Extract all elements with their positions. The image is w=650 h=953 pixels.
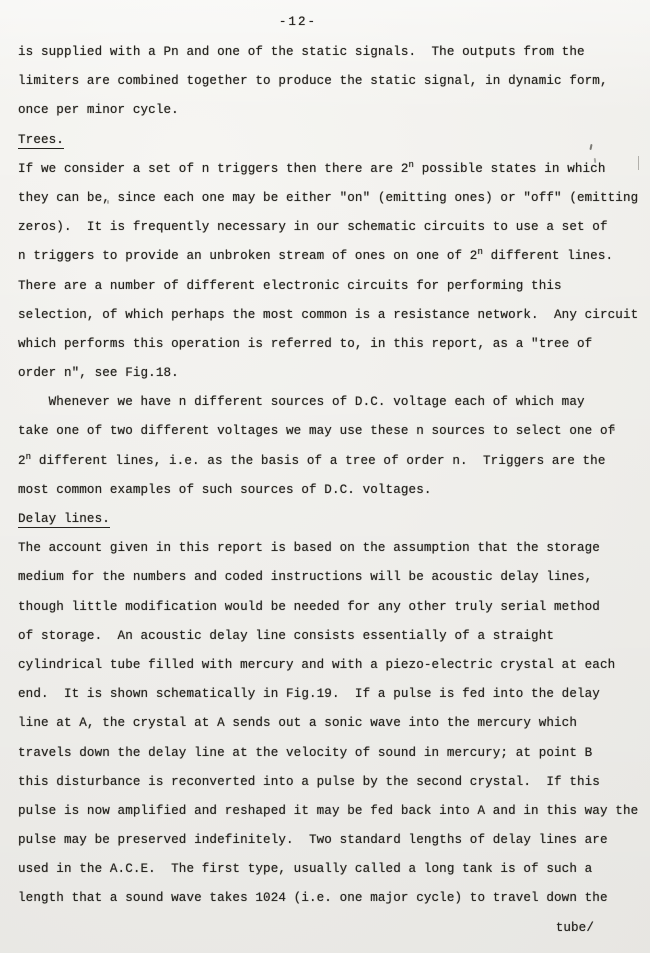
text-line: cylindrical tube filled with mercury and… — [18, 651, 636, 680]
text-line: though little modification would be need… — [18, 593, 636, 622]
text-line: length that a sound wave takes 1024 (i.e… — [18, 884, 636, 913]
text-line: The account given in this report is base… — [18, 534, 636, 563]
text-line: end. It is shown schematically in Fig.19… — [18, 680, 636, 709]
scan-artifact — [107, 200, 109, 204]
text-line: this disturbance is reconverted into a p… — [18, 768, 636, 797]
page-number: -12- — [262, 12, 334, 32]
text-line: If we consider a set of n triggers then … — [18, 155, 636, 184]
text-line: once per minor cycle. — [18, 96, 636, 125]
text-line: most common examples of such sources of … — [18, 476, 636, 505]
text-line: n triggers to provide an unbroken stream… — [18, 242, 636, 271]
text-line: of storage. An acoustic delay line consi… — [18, 622, 636, 651]
text-line: take one of two different voltages we ma… — [18, 417, 636, 446]
text-line: travels down the delay line at the veloc… — [18, 739, 636, 768]
text-line: pulse is now amplified and reshaped it m… — [18, 797, 636, 826]
text-line: pulse may be preserved indefinitely. Two… — [18, 826, 636, 855]
text-line: which performs this operation is referre… — [18, 330, 636, 359]
text-line: limiters are combined together to produc… — [18, 67, 636, 96]
text-line: Whenever we have n different sources of … — [18, 388, 636, 417]
scanned-page: -12- is supplied with a Pn and one of th… — [0, 0, 650, 953]
scan-artifact — [612, 428, 615, 431]
section-heading: Delay lines. — [18, 505, 636, 534]
text-line: used in the A.C.E. The first type, usual… — [18, 855, 636, 884]
text-line: line at A, the crystal at A sends out a … — [18, 709, 636, 738]
text-line: medium for the numbers and coded instruc… — [18, 563, 636, 592]
catchword: tube/ — [18, 914, 636, 943]
text-line: is supplied with a Pn and one of the sta… — [18, 38, 636, 67]
scan-artifact — [638, 156, 639, 170]
text-line: 2n different lines, i.e. as the basis of… — [18, 447, 636, 476]
text-line: There are a number of different electron… — [18, 272, 636, 301]
text-line: they can be, since each one may be eithe… — [18, 184, 636, 213]
text-line: selection, of which perhaps the most com… — [18, 301, 636, 330]
section-heading: Trees. — [18, 126, 636, 155]
text-line: zeros). It is frequently necessary in ou… — [18, 213, 636, 242]
document-body: is supplied with a Pn and one of the sta… — [18, 38, 636, 943]
text-line: order n", see Fig.18. — [18, 359, 636, 388]
